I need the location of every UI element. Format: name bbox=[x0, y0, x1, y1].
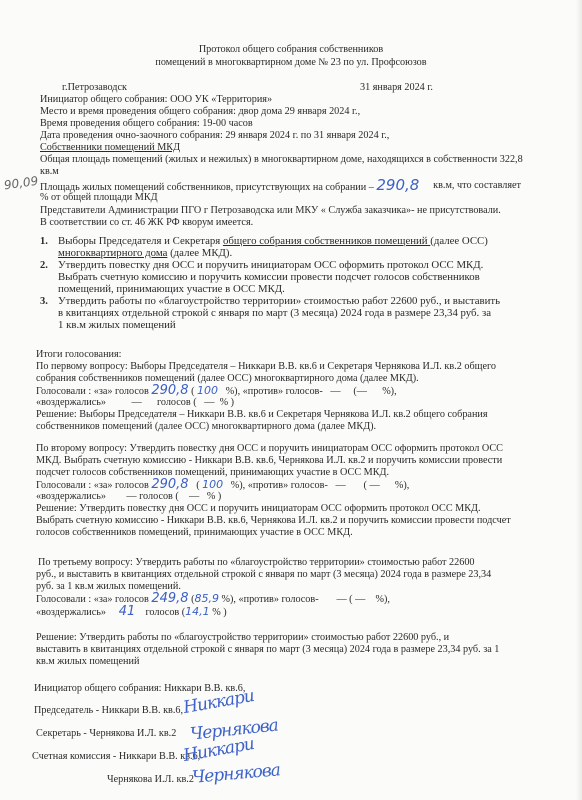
q3-abstain-votes: 41 bbox=[119, 604, 136, 619]
q2-for-pct: 100 bbox=[202, 478, 223, 491]
q1-for-votes: 290,8 bbox=[151, 383, 188, 398]
q2-line1: По второму вопросу: Утвердить повестку д… bbox=[36, 443, 503, 455]
present-area-value: 290,8 bbox=[376, 176, 419, 194]
q2-line3: подсчет голосов собственников помещений,… bbox=[36, 467, 389, 479]
sign-commission: Счетная комиссия - Никкари В.В. кв.6, bbox=[32, 751, 200, 763]
document-title-line2: помещений в многоквартирном доме № 23 по… bbox=[0, 57, 582, 69]
sign-commission-2: Чернякова И.Л. кв.2 bbox=[107, 774, 194, 786]
total-area-line2: кв.м bbox=[40, 166, 59, 178]
q3-line2: руб., и выставить в квитанциях отдельной… bbox=[36, 569, 491, 581]
admin-line: Представители Администрации ПГО г Петроз… bbox=[40, 205, 501, 217]
q3-decision-line1: Решение: Утвердить работы по «благоустро… bbox=[36, 632, 449, 644]
quorum-line: В соответствии со ст. 46 ЖК РФ кворум им… bbox=[40, 217, 253, 229]
document-date: 31 января 2024 г. bbox=[360, 82, 433, 94]
q3-line1: По третьему вопросу: Утвердить работы по… bbox=[38, 557, 475, 569]
agenda-num-2: 2. bbox=[40, 260, 48, 271]
q2-decision-line3: голосов собственников помещений, принима… bbox=[36, 527, 353, 539]
q2-abstain-line: «воздержались» — голосов ( — % ) bbox=[36, 491, 221, 503]
signature-chernyakova-2: Чернякова bbox=[191, 760, 280, 788]
q2-line2: МКД. Выбрать счетную комиссию - Никкари … bbox=[36, 455, 502, 467]
q3-abstain-line: «воздержались» 41 голосов (14,1 % ) bbox=[36, 606, 227, 619]
q3-decision-line3: кв.м жилых помещений bbox=[36, 656, 139, 668]
total-area-line1: Общая площадь помещений (жилых и нежилых… bbox=[40, 154, 523, 166]
q3-decision-line2: выставить в квитанциях отдельной строкой… bbox=[36, 644, 499, 656]
sign-secretary: Секретарь - Чернякова И.Л. кв.2 bbox=[36, 728, 176, 740]
agenda-item-2-line2: Выбрать счетную комиссию и поручить коми… bbox=[58, 272, 480, 284]
agenda-item-2-line3: помещений, принимающих участие в ОСС МКД… bbox=[58, 284, 285, 296]
q3-abstain-pct: 14,1 bbox=[185, 605, 210, 618]
results-heading: Итоги голосования: bbox=[36, 349, 122, 361]
q1-decision-line1: Решение: Выборы Председателя – Никкари В… bbox=[36, 409, 488, 421]
present-area-line2: % от общей площади МКД bbox=[40, 192, 158, 204]
agenda-item-1-line2: многоквартирного дома (далее МКД). bbox=[58, 248, 232, 260]
q1-line1: По первому вопросу: Выборы Председателя … bbox=[36, 361, 496, 373]
agenda-item-2-line1: Утвердить повестку дня ОСС и поручить ин… bbox=[58, 260, 483, 272]
q2-decision-line1: Решение: Утвердить повестку дня ОСС и по… bbox=[36, 503, 481, 515]
q3-votes-line: Голосовали : «за» голосов 249,8 (85,9 %)… bbox=[36, 593, 390, 606]
time-line: Время проведения общего собрания: 19-00 … bbox=[40, 118, 253, 130]
q1-votes-line: Голосовали : «за» голосов 290,8 ( 100 %)… bbox=[36, 385, 397, 398]
protocol-document: Протокол общего собрания собственников п… bbox=[0, 0, 582, 800]
agenda-item-1-line1: Выборы Председателя и Секретаря общего с… bbox=[58, 236, 488, 248]
q1-line2: собрания собственников помещений (далее … bbox=[36, 373, 419, 385]
q1-decision-line2: собственников помещений (далее ОСС) мног… bbox=[36, 421, 376, 433]
q2-votes-line: Голосовали : «за» голосов 290,8 ( 100 %)… bbox=[36, 479, 409, 492]
q2-for-votes: 290,8 bbox=[151, 477, 188, 492]
document-title-line1: Протокол общего собрания собственников bbox=[0, 44, 582, 56]
place-line: Место и время проведения общего собрания… bbox=[40, 106, 360, 118]
agenda-item-3-line2: в квитанциях отдельной строкой с января … bbox=[58, 308, 491, 320]
q2-decision-line2: Выбрать счетную комиссию - Никкари В.В. … bbox=[36, 515, 511, 527]
q3-for-pct: 85,9 bbox=[195, 592, 220, 605]
initiator-line: Инициатор общего собрания: ООО УК «Терри… bbox=[40, 94, 272, 106]
scan-edge bbox=[576, 0, 582, 800]
agenda-item-3-line1: Утвердить работы по «благоустройство тер… bbox=[58, 296, 500, 308]
q3-for-votes: 249,8 bbox=[151, 591, 188, 606]
owners-heading: Собственники помещений МКД bbox=[40, 142, 180, 154]
city: г.Петрозаводск bbox=[62, 82, 127, 94]
q1-abstain-line: «воздержались» — голосов ( — % ) bbox=[36, 397, 234, 409]
agenda-item-3-line3: 1 кв.м жилых помещений bbox=[58, 320, 176, 332]
period-line: Дата проведения очно-заочного собрания: … bbox=[40, 130, 389, 142]
agenda-num-1: 1. bbox=[40, 236, 48, 247]
margin-note: 90,09 bbox=[3, 176, 39, 192]
sign-chairman: Председатель - Никкари В.В. кв.6, bbox=[34, 705, 183, 717]
agenda-num-3: 3. bbox=[40, 296, 48, 307]
q1-for-pct: 100 bbox=[197, 384, 218, 397]
